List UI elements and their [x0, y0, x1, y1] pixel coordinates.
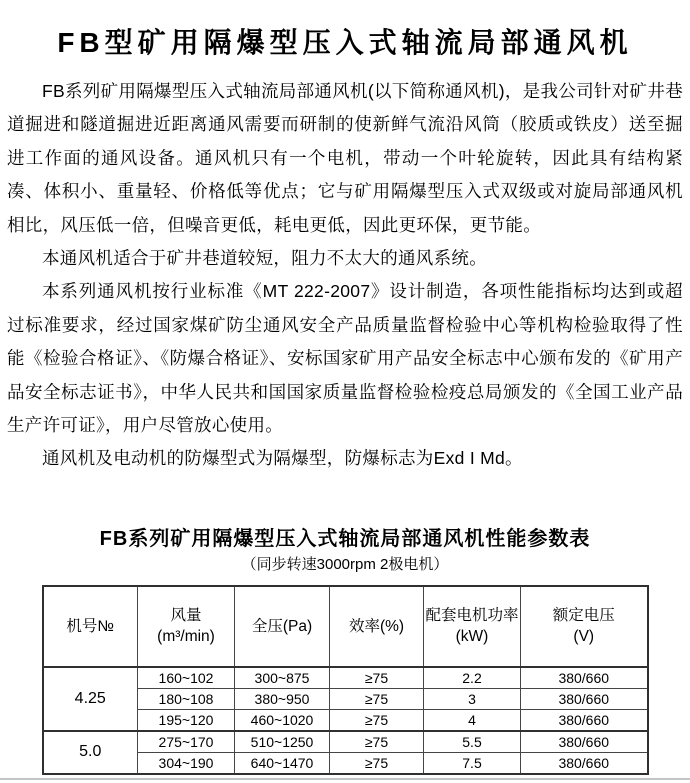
col-header-airflow-line1: 风量 [138, 605, 234, 626]
page-bottom-divider [0, 778, 690, 780]
document-body: FB系列矿用隔爆型压入式轴流局部通风机(以下简称通风机)，是我公司针对矿井巷道掘… [0, 75, 690, 476]
col-header-model-label: 机号№ [66, 618, 114, 635]
paragraph-intro: FB系列矿用隔爆型压入式轴流局部通风机(以下简称通风机)，是我公司针对矿井巷道掘… [7, 75, 683, 242]
table-cell-airflow: 275~170 [138, 731, 235, 753]
performance-table: 机号№ 风量 (m³/min) 全压(Pa) 效率(%) 配套电机功率 (kW)… [42, 585, 649, 775]
table-row: 4.25 160~102 300~875 ≥75 2.2 380/660 [43, 667, 648, 689]
table-cell-efficiency: ≥75 [330, 731, 424, 753]
col-header-voltage-line2: (V) [521, 626, 647, 647]
table-cell-voltage: 380/660 [521, 688, 648, 709]
table-cell-power: 4 [424, 709, 521, 731]
table-cell-pressure: 300~875 [235, 667, 330, 689]
table-cell-voltage: 380/660 [521, 709, 648, 731]
table-cell-airflow: 160~102 [138, 667, 235, 689]
col-header-model: 机号№ [43, 586, 138, 667]
table-cell-airflow: 195~120 [138, 709, 235, 731]
table-cell-airflow: 180~108 [138, 688, 235, 709]
table-cell-efficiency: ≥75 [330, 752, 424, 774]
table-cell-power: 2.2 [424, 667, 521, 689]
table-cell-power: 5.5 [424, 731, 521, 753]
table-cell-pressure: 380~950 [235, 688, 330, 709]
paragraph-certifications: 本系列通风机按行业标准《MT 222-2007》设计制造，各项性能指标均达到或超… [7, 275, 683, 442]
table-cell-efficiency: ≥75 [330, 667, 424, 689]
table-cell-voltage: 380/660 [521, 731, 648, 753]
col-header-voltage-line1: 额定电压 [521, 605, 647, 626]
model-cell: 5.0 [43, 731, 138, 774]
table-cell-voltage: 380/660 [521, 667, 648, 689]
table-cell-pressure: 460~1020 [235, 709, 330, 731]
col-header-voltage: 额定电压 (V) [521, 586, 648, 667]
col-header-pressure-label: 全压(Pa) [252, 618, 312, 635]
paragraph-suitability: 本通风机适合于矿井巷道较短，阻力不太大的通风系统。 [7, 242, 683, 275]
col-header-motor-power-line1: 配套电机功率 [424, 605, 520, 626]
table-cell-power: 7.5 [424, 752, 521, 774]
table-row: 5.0 275~170 510~1250 ≥75 5.5 380/660 [43, 731, 648, 753]
table-cell-airflow: 304~190 [138, 752, 235, 774]
col-header-motor-power-line2: (kW) [424, 626, 520, 647]
table-cell-efficiency: ≥75 [330, 688, 424, 709]
col-header-efficiency-label: 效率(%) [349, 618, 404, 635]
table-cell-efficiency: ≥75 [330, 709, 424, 731]
model-cell: 4.25 [43, 667, 138, 731]
col-header-airflow: 风量 (m³/min) [138, 586, 235, 667]
page-title: FB型矿用隔爆型压入式轴流局部通风机 [6, 26, 684, 60]
table-cell-pressure: 510~1250 [235, 731, 330, 753]
col-header-motor-power: 配套电机功率 (kW) [424, 586, 521, 667]
table-cell-pressure: 640~1470 [235, 752, 330, 774]
col-header-efficiency: 效率(%) [330, 586, 424, 667]
performance-table-subtitle: （同步转速3000rpm 2极电机） [0, 556, 690, 574]
performance-table-title: FB系列矿用隔爆型压入式轴流局部通风机性能参数表 [0, 527, 690, 551]
table-cell-power: 3 [424, 688, 521, 709]
paragraph-explosion-proof-mark: 通风机及电动机的防爆型式为隔爆型，防爆标志为Exd I Md。 [7, 442, 683, 475]
header-row: 机号№ 风量 (m³/min) 全压(Pa) 效率(%) 配套电机功率 (kW)… [43, 586, 648, 667]
col-header-airflow-line2: (m³/min) [138, 626, 234, 647]
col-header-pressure: 全压(Pa) [235, 586, 330, 667]
table-cell-voltage: 380/660 [521, 752, 648, 774]
